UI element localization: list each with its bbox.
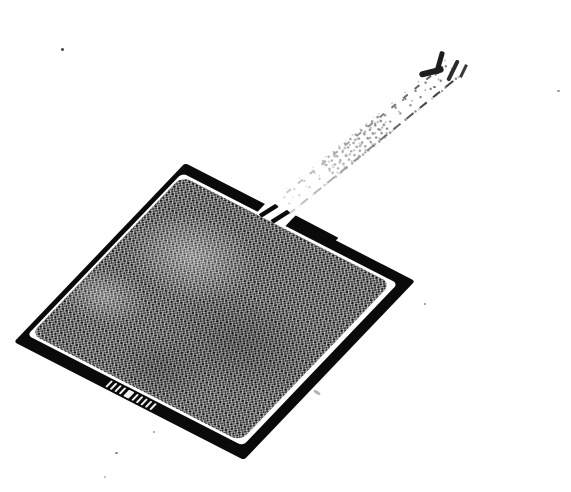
noise-speck <box>104 476 106 478</box>
noise-speck <box>441 90 443 92</box>
ribbon-tail <box>274 58 464 219</box>
noise-speck <box>557 90 560 92</box>
noise-speck <box>424 303 426 305</box>
wire-small-slash-stroke <box>459 64 468 78</box>
sensor-mesh-surface <box>31 176 391 441</box>
noise-speck <box>115 452 118 454</box>
noise-speck <box>313 389 321 396</box>
tail-speckle-cluster <box>319 114 394 182</box>
sensor-pad <box>14 163 415 460</box>
noise-speck <box>61 48 64 51</box>
noise-speck <box>402 99 404 101</box>
noise-speck <box>153 431 155 433</box>
noise-speck <box>433 86 436 88</box>
noise-speck <box>395 107 397 109</box>
scanned-photo-canvas <box>0 0 571 492</box>
